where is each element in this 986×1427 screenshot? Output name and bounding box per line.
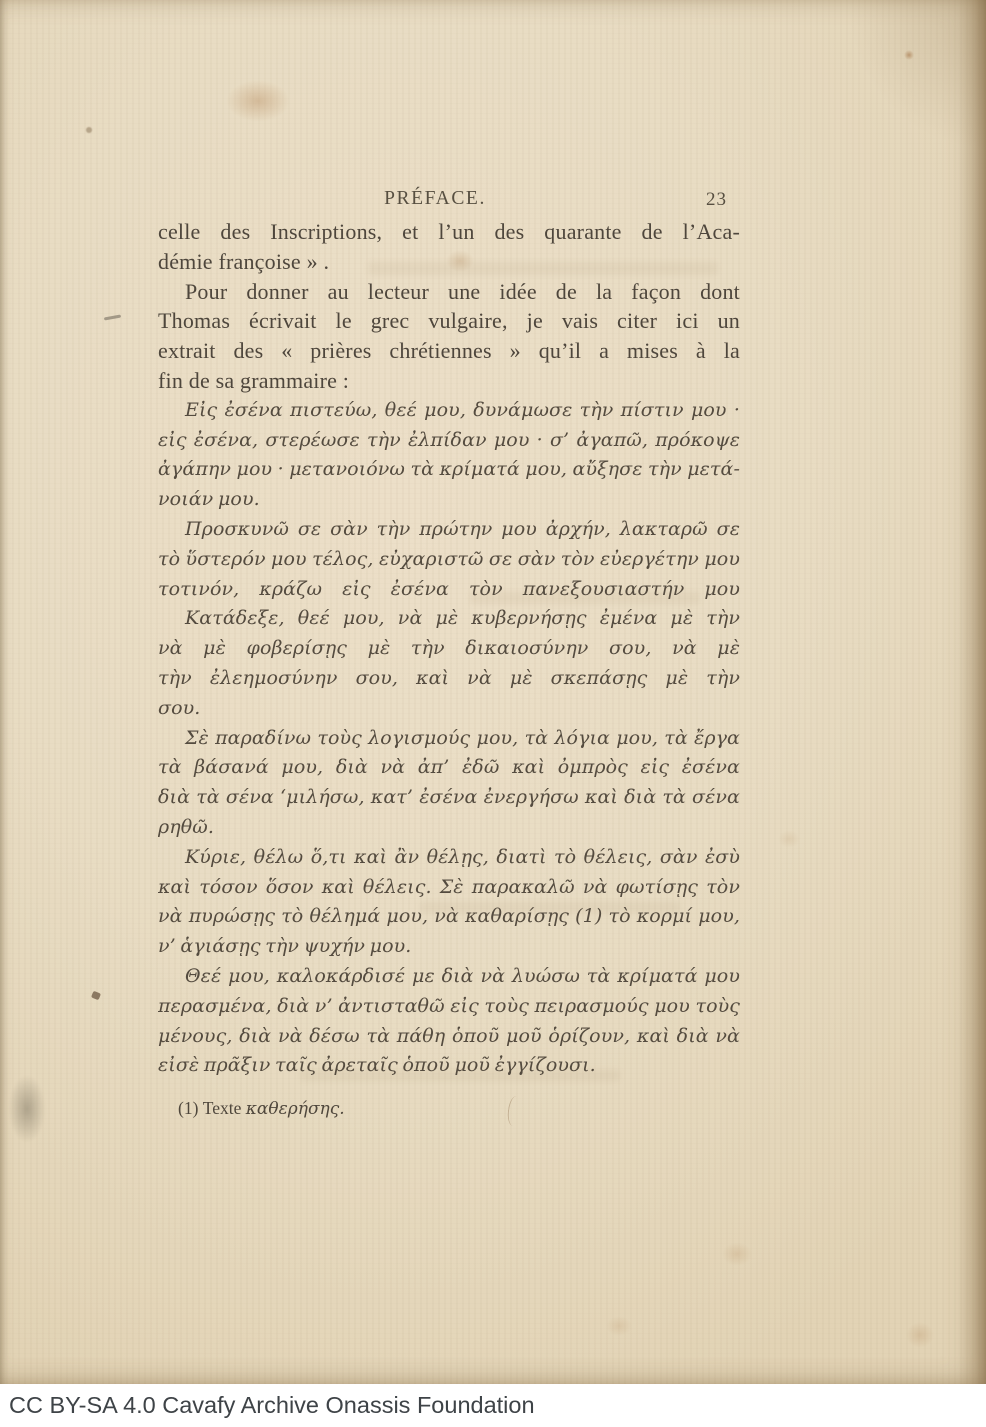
text-line: ν’ ἁγιάσῃς τὴν ψυχήν μου. <box>158 932 740 962</box>
text-line: διὰ τὰ σένα ‘μιλήσω, κατ’ ἐσένα ἐνεργήσω… <box>158 783 740 813</box>
text-line: ἀγάπην μου · μετανοιόνω τὰ κρίματά μου, … <box>158 455 740 485</box>
paper-speck <box>86 127 92 133</box>
text-line: νοιάν μου. <box>158 485 740 515</box>
text-line: Θεέ μου, καλοκάρδισέ με διὰ νὰ λυώσω τὰ … <box>158 962 740 992</box>
foxing-spot <box>722 1242 752 1266</box>
footnote: (1) Texte καθερήσης. <box>178 1096 345 1120</box>
page-left-edge <box>0 0 8 1384</box>
text-line: νὰ πυρώσῃς τὸ θέλημά μου, νὰ καθαρίσῃς (… <box>158 902 740 932</box>
body-text: celle des Inscriptions, et l’un des quar… <box>158 217 740 1081</box>
footnote-label: Texte <box>203 1098 242 1118</box>
margin-mark <box>506 1095 523 1126</box>
foxing-spot <box>606 1316 632 1336</box>
text-line: Προσκυνῶ σε σὰν τὴν πρώτην μου ἀρχήν, λα… <box>158 515 740 545</box>
text-line: μένους, διὰ νὰ δέσω τὰ πάθη ὁποῦ μοῦ ὁρί… <box>158 1022 740 1052</box>
text-line: τὸ ὕστερόν μου τέλος, εὐχαριστῶ σε σὰν τ… <box>158 545 740 575</box>
text-line: νὰ μὲ φοβερίσῃς μὲ τὴν δικαιοσύνην σου, … <box>158 634 740 664</box>
attribution-bar: CC BY-SA 4.0 Cavafy Archive Onassis Foun… <box>0 1384 986 1427</box>
text-line: Κατάδεξε, θεέ μου, νὰ μὲ κυβερνήσῃς ἐμέν… <box>158 604 740 634</box>
page-corner-shade <box>846 0 986 150</box>
book-page-scan: PRÉFACE. 23 celle des Inscriptions, et l… <box>0 0 986 1384</box>
text-line: extrait des « prières chrétiennes » qu’i… <box>158 336 740 366</box>
page-header: PRÉFACE. 23 <box>158 188 740 214</box>
text-line: τὴν ἐλεημοσύνην σου, καὶ νὰ μὲ σκεπάσῃς … <box>158 664 740 694</box>
text-line: Pour donner au lecteur une idée de la fa… <box>158 277 740 307</box>
text-line: Σὲ παραδίνω τοὺς λογισμούς μου, τὰ λόγια… <box>158 724 740 754</box>
text-line: εἰσὲ πρᾶξιν ταῖς ἀρεταῖς ὁποῦ μοῦ ἐγγίζο… <box>158 1051 740 1081</box>
text-line: Εἰς ἐσένα πιστεύω, θεέ μου, δυνάμωσε τὴν… <box>158 396 740 426</box>
text-line: σου. <box>158 694 740 724</box>
text-line: démie françoise » . <box>158 247 740 277</box>
text-line: καὶ τόσον ὅσον καὶ θέλεις. Σὲ παρακαλῶ ν… <box>158 873 740 903</box>
text-line: fin de sa grammaire : <box>158 366 740 396</box>
ink-smudge <box>9 1076 45 1142</box>
text-line: Κύριε, θέλω ὅ,τι καὶ ἂν θέλῃς, διατὶ τὸ … <box>158 843 740 873</box>
paper-speck <box>91 991 101 1000</box>
page-number: 23 <box>706 189 727 211</box>
running-title: PRÉFACE. <box>144 188 726 210</box>
attribution-text: CC BY-SA 4.0 Cavafy Archive Onassis Foun… <box>9 1392 535 1419</box>
text-line: Thomas écrivait le grec vulgaire, je vai… <box>158 306 740 336</box>
margin-mark <box>104 315 121 321</box>
text-line: celle des Inscriptions, et l’un des quar… <box>158 217 740 247</box>
text-line: περασμένα, διὰ ν’ ἀντισταθῶ εἰς τοὺς πει… <box>158 992 740 1022</box>
text-line: ρηθῶ. <box>158 813 740 843</box>
text-line: εἰς ἐσένα, στερέωσε τὴν ἐλπίδαν μου · σ’… <box>158 426 740 456</box>
foxing-spot <box>778 830 800 848</box>
foxing-spot <box>226 80 290 122</box>
footnote-marker: (1) <box>178 1098 198 1118</box>
foxing-spot <box>906 1322 934 1348</box>
text-line: τοτινόν, κράζω εἰς ἐσένα τὸν πανεξουσιασ… <box>158 575 740 605</box>
footnote-greek-term: καθερήσης. <box>246 1099 345 1119</box>
text-line: τὰ βάσανά μου, διὰ νὰ ἀπ’ ἐδῶ καὶ ὀμπρὸς… <box>158 753 740 783</box>
